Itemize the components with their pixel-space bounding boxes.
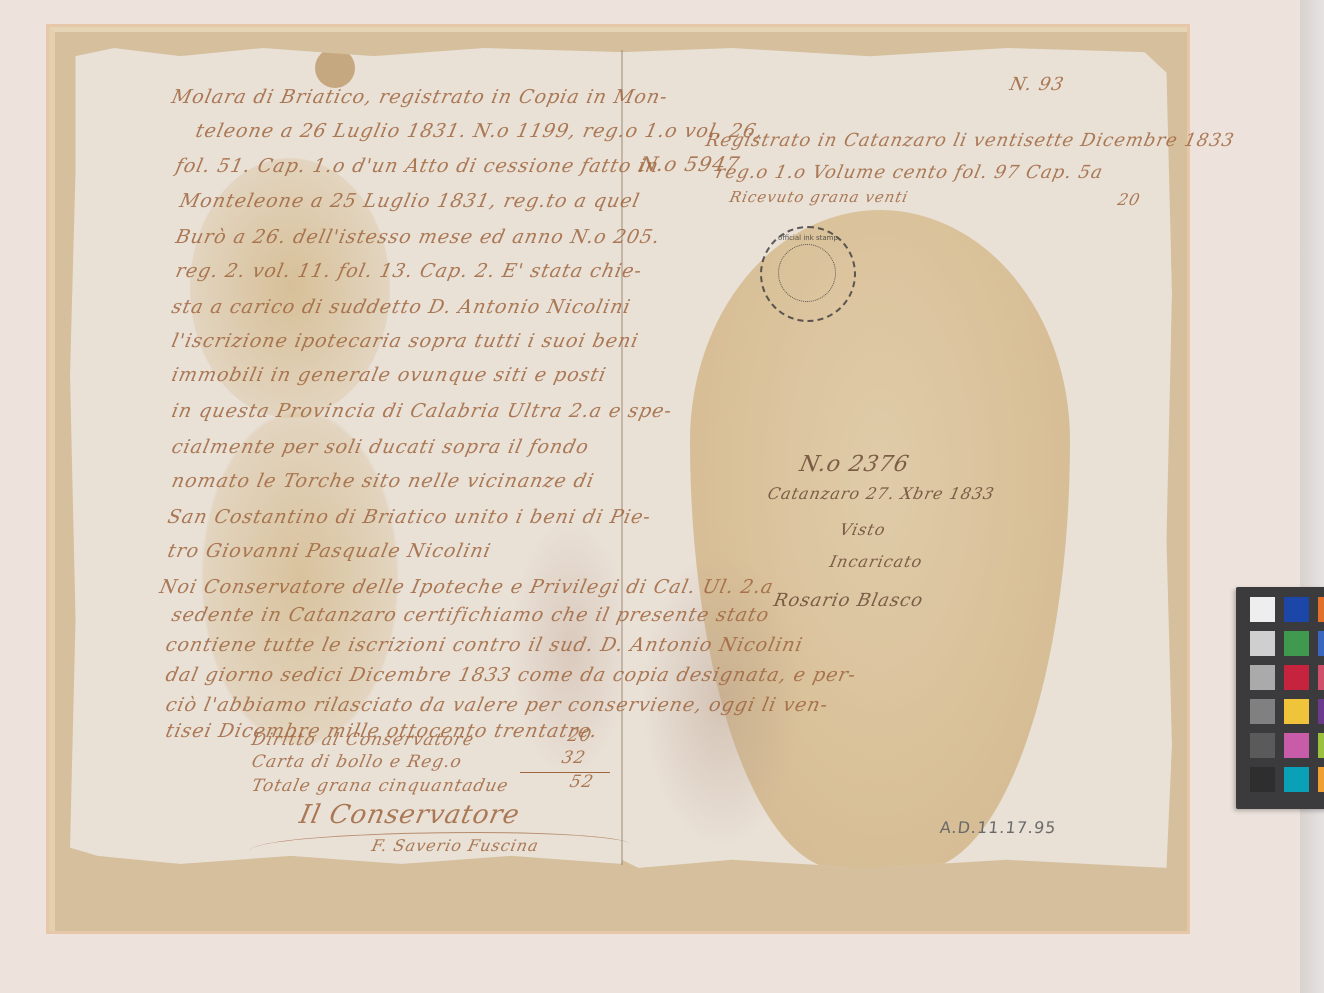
fee-amount: 52 (568, 772, 596, 792)
color-swatch (1284, 597, 1309, 622)
color-swatch (1284, 733, 1309, 758)
color-swatch (1284, 665, 1309, 690)
color-swatch (1318, 699, 1324, 724)
color-swatch (1284, 767, 1309, 792)
signature-title: Il Conservatore (297, 800, 523, 830)
color-swatch (1250, 733, 1275, 758)
document-number: N. 93 (1008, 74, 1066, 95)
text-line: tro Giovanni Pasquale Nicolini (166, 540, 494, 562)
text-line: 20 (1116, 190, 1142, 209)
text-line: fol. 51. Cap. 1.o d'un Atto di cessione … (174, 155, 661, 177)
color-swatch (1284, 699, 1309, 724)
background-edge (1300, 0, 1324, 993)
color-swatch (1318, 733, 1324, 758)
endorsement-signature: Rosario Blasco (772, 590, 926, 611)
text-line: ciò l'abbiamo rilasciato da valere per c… (164, 694, 831, 716)
text-line: Burò a 26. dell'istesso mese ed anno N.o… (174, 226, 663, 248)
fee-label: Diritto al Conservatore (250, 730, 476, 750)
text-line: teleone a 26 Luglio 1831. N.o 1199, reg.… (194, 120, 766, 142)
text-line: Molara di Briatico, registrato in Copia … (170, 86, 670, 108)
color-swatch (1318, 597, 1324, 622)
total-rule (520, 772, 610, 773)
text-line: reg. 2. vol. 11. fol. 13. Cap. 2. E' sta… (174, 260, 645, 282)
color-swatch (1250, 597, 1275, 622)
color-swatch (1250, 767, 1275, 792)
color-swatch (1318, 665, 1324, 690)
fee-amount: 32 (560, 748, 588, 768)
endorsement-incaricato: Incaricato (828, 552, 924, 571)
text-line: in questa Provincia di Calabria Ultra 2.… (170, 400, 675, 422)
text-line: l'iscrizione ipotecaria sopra tutti i su… (170, 330, 641, 352)
official-stamp: official ink stamp (760, 226, 856, 322)
text-line: contiene tutte le iscrizioni contro il s… (164, 634, 805, 656)
text-line: cialmente per soli ducati sopra il fondo (170, 436, 592, 458)
fee-label: Carta di bollo e Reg.o (250, 752, 464, 772)
endorsement-visto: Visto (838, 520, 888, 539)
endorsement-date: Catanzaro 27. Xbre 1833 (766, 484, 997, 503)
inventory-number: A.D.11.17.95 (939, 818, 1057, 837)
fee-amount: 20 (566, 726, 594, 746)
text-line: sta a carico di suddetto D. Antonio Nico… (170, 296, 633, 318)
color-swatch (1250, 699, 1275, 724)
text-line: Registrato in Catanzaro li ventisette Di… (704, 130, 1237, 151)
color-swatch (1250, 631, 1275, 656)
text-line: dal giorno sedici Dicembre 1833 come da … (164, 664, 859, 686)
color-swatch (1318, 631, 1324, 656)
text-line: reg.o 1.o Volume cento fol. 97 Cap. 5a (714, 162, 1105, 183)
text-line: Ricevuto grana venti (728, 188, 910, 206)
color-swatch (1250, 665, 1275, 690)
color-swatch (1284, 631, 1309, 656)
text-line: sedente in Catanzaro certifichiamo che i… (170, 604, 772, 626)
fee-label: Totale grana cinquantadue (250, 776, 511, 796)
text-line: immobili in generale ovunque siti e post… (170, 364, 609, 386)
text-line: Monteleone a 25 Luglio 1831, reg.to a qu… (178, 190, 642, 212)
text-line: Noi Conservatore delle Ipoteche e Privil… (158, 576, 776, 598)
endorsement-number: N.o 2376 (797, 452, 911, 477)
text-line: San Costantino di Briatico unito i beni … (166, 506, 654, 528)
color-swatch (1318, 767, 1324, 792)
text-line: nomato le Torche sito nelle vicinanze di (170, 470, 597, 492)
color-checker-card (1236, 587, 1324, 809)
